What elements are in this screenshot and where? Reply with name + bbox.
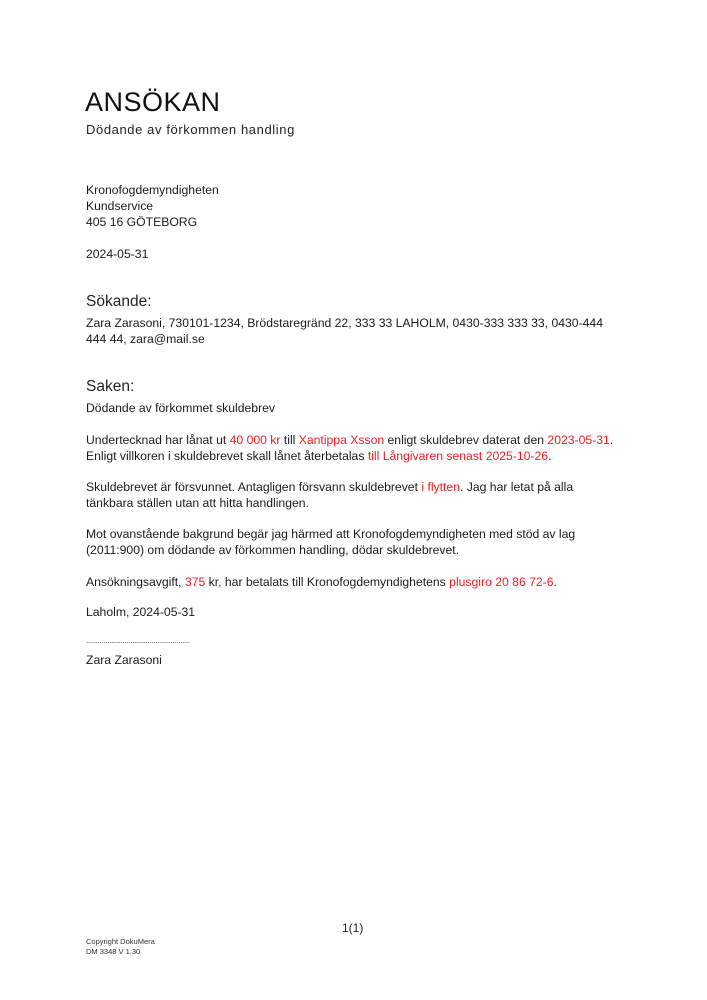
letter-date: 2024-05-31 — [86, 246, 148, 262]
recipient-address: Kronofogdemyndigheten Kundservice 405 16… — [86, 182, 219, 230]
recipient-postal-address: 405 16 GÖTEBORG — [86, 214, 219, 230]
text: enligt skuldebrev daterat den — [384, 433, 547, 447]
document-page: ANSÖKAN Dödande av förkommen handling Kr… — [0, 0, 707, 1000]
signer-name: Zara Zarasoni — [86, 652, 162, 668]
recipient-name: Kronofogdemyndigheten — [86, 182, 219, 198]
fee-paragraph: Ansökningsavgift, 375 kr, har betalats t… — [86, 574, 616, 590]
matter-heading: Saken: — [86, 377, 134, 397]
text: . — [554, 575, 557, 589]
copyright-text: Copyright DokuMera — [86, 937, 155, 947]
repayment-terms: till Långivaren senast 2025-10-26 — [368, 449, 548, 463]
footer: Copyright DokuMera DM 3348 V 1.30 — [86, 937, 155, 957]
loan-amount: 40 000 kr — [230, 433, 281, 447]
document-subtitle: Dödande av förkommen handling — [86, 121, 295, 139]
page-number: 1(1) — [342, 920, 363, 936]
document-title: ANSÖKAN — [85, 85, 221, 119]
request-paragraph: Mot ovanstående bakgrund begär jag härme… — [86, 526, 616, 558]
promissory-note-date: 2023-05-31 — [547, 433, 609, 447]
text: Undertecknad har lånat ut — [86, 433, 230, 447]
signature-line: ........................................… — [86, 636, 190, 646]
text: till — [280, 433, 298, 447]
fee-amount: 375 — [185, 575, 205, 589]
text: Skuldebrevet är försvunnet. Antagligen f… — [86, 480, 421, 494]
loss-location: i flytten — [421, 480, 460, 494]
matter-subject: Dödande av förkommet skuldebrev — [86, 400, 275, 416]
applicant-details: Zara Zarasoni, 730101-1234, Brödstaregrä… — [86, 315, 606, 347]
text: kr, har betalats till Kronofogdemyndighe… — [205, 575, 449, 589]
applicant-heading: Sökande: — [86, 292, 152, 312]
lender-name: Xantippa Xsson — [299, 433, 384, 447]
version-text: DM 3348 V 1.30 — [86, 947, 155, 957]
recipient-department: Kundservice — [86, 198, 219, 214]
signature-place-date: Laholm, 2024-05-31 — [86, 604, 195, 620]
loss-paragraph: Skuldebrevet är försvunnet. Antagligen f… — [86, 479, 616, 511]
loan-paragraph: Undertecknad har lånat ut 40 000 kr till… — [86, 432, 616, 464]
text: Ansökningsavgift, — [86, 575, 185, 589]
plusgiro-account: plusgiro 20 86 72-6 — [449, 575, 553, 589]
text: . — [548, 449, 551, 463]
